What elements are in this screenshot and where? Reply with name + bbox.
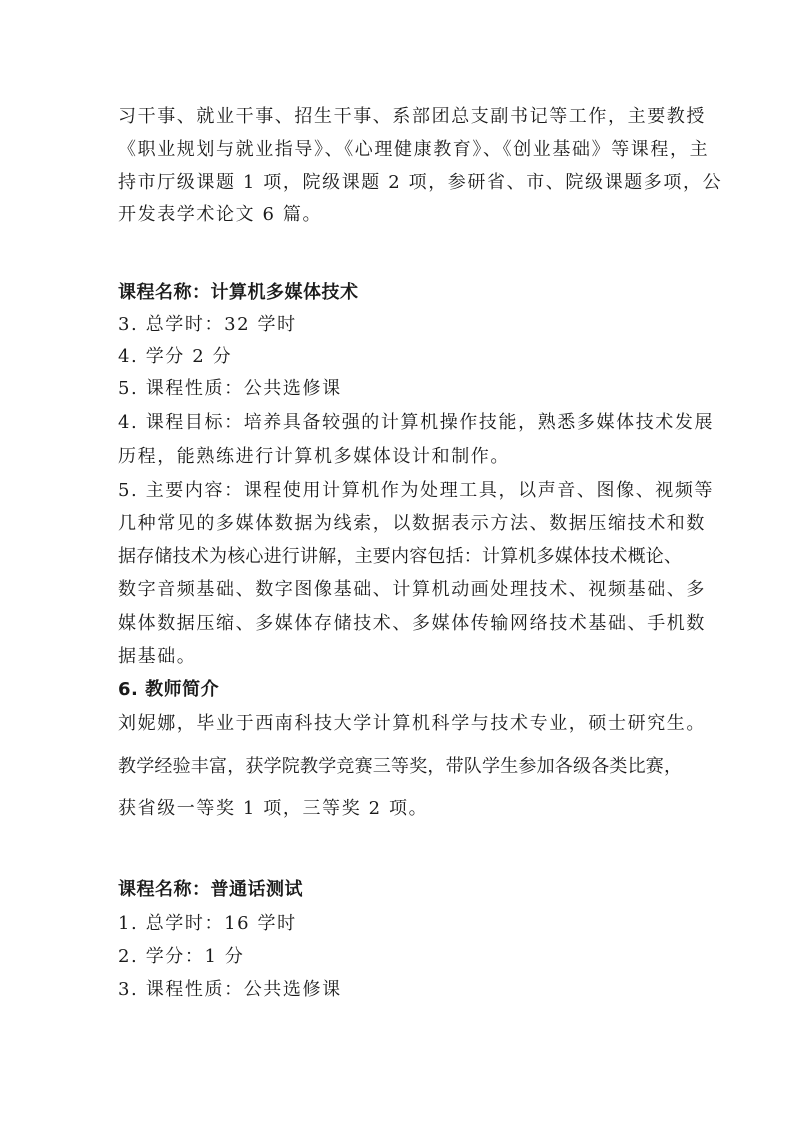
text-line: 开发表学术论文 6 篇。	[118, 204, 322, 226]
course-content-line: 数字音频基础、数字图像基础、计算机动画处理技术、视频基础、多	[118, 579, 706, 601]
teacher-line: 刘妮娜，毕业于西南科技大学计算机科学与技术专业，硕士研究生。	[118, 713, 706, 735]
teacher-line: 教学经验丰富，获学院教学竞赛三等奖，带队学生参加各级各类比赛，	[118, 756, 682, 778]
teacher-heading: 6. 教师简介	[118, 679, 219, 701]
course-item: 3. 课程性质：公共选修课	[118, 979, 342, 1001]
course-content-line: 几种常见的多媒体数据为线索，以数据表示方法、数据压缩技术和数	[118, 513, 706, 535]
course-content-line: 5. 主要内容：课程使用计算机作为处理工具，以声音、图像、视频等	[118, 480, 714, 502]
course-content-line: 媒体数据压缩、多媒体存储技术、多媒体传输网络技术基础、手机数	[118, 613, 706, 635]
text-line: 习干事、就业干事、招生干事、系部团总支副书记等工作，主要教授	[118, 106, 706, 128]
course-item: 2. 学分：1 分	[118, 946, 244, 968]
course-goal-line: 4. 课程目标：培养具备较强的计算机操作技能，熟悉多媒体技术发展	[118, 412, 714, 434]
course-content-line: 据基础。	[118, 646, 196, 668]
course-item: 1. 总学时：16 学时	[118, 913, 297, 935]
course-goal-line: 历程，能熟练进行计算机多媒体设计和制作。	[118, 446, 510, 468]
course-item: 3. 总学时：32 学时	[118, 314, 297, 336]
course-item: 5. 课程性质：公共选修课	[118, 378, 342, 400]
text-line: 《职业规划与就业指导》、《心理健康教育》、《创业基础》等课程，主	[118, 139, 709, 161]
teacher-line: 获省级一等奖 1 项，三等奖 2 项。	[118, 798, 428, 820]
course-item: 4. 学分 2 分	[118, 346, 232, 368]
course-content-line: 据存储技术为核心进行讲解，主要内容包括：计算机多媒体技术概论、	[118, 546, 682, 568]
course-title: 课程名称：普通话测试	[118, 879, 303, 901]
text-line: 持市厅级课题 1 项，院级课题 2 项，参研省、市、院级课题多项，公	[118, 172, 722, 194]
course-title: 课程名称：计算机多媒体技术	[118, 282, 359, 304]
